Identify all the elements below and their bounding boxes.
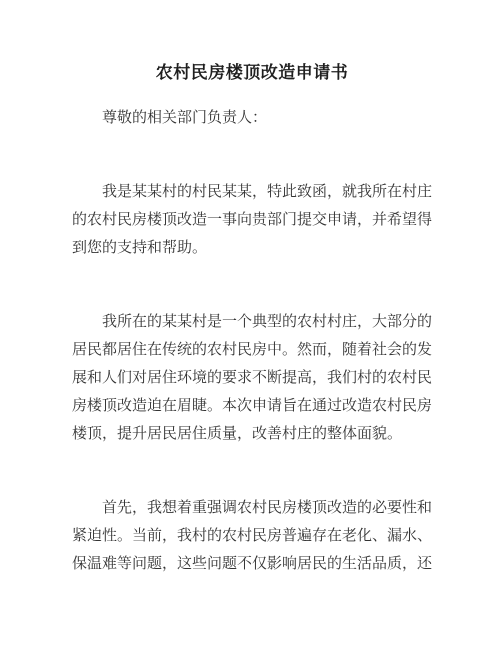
paragraph-necessity-truncated: 首先，我想着重强调农村民房楼顶改造的必要性和紧迫性。当前，我村的农村民房普遍存在… — [72, 494, 432, 578]
document-page: 农村民房楼顶改造申请书 尊敬的相关部门负责人： 我是某某村的村民某某，特此致函，… — [0, 0, 500, 647]
salutation-line: 尊敬的相关部门负责人： — [72, 104, 432, 132]
paragraph-village-background: 我所在的某某村是一个典型的农村村庄，大部分的居民都居住在传统的农村民房中。然而，… — [72, 308, 432, 448]
document-title: 农村民房楼顶改造申请书 — [72, 60, 432, 86]
paragraph-introduction: 我是某某村的村民某某，特此致函，就我所在村庄的农村民房楼顶改造一事向贵部门提交申… — [72, 178, 432, 262]
